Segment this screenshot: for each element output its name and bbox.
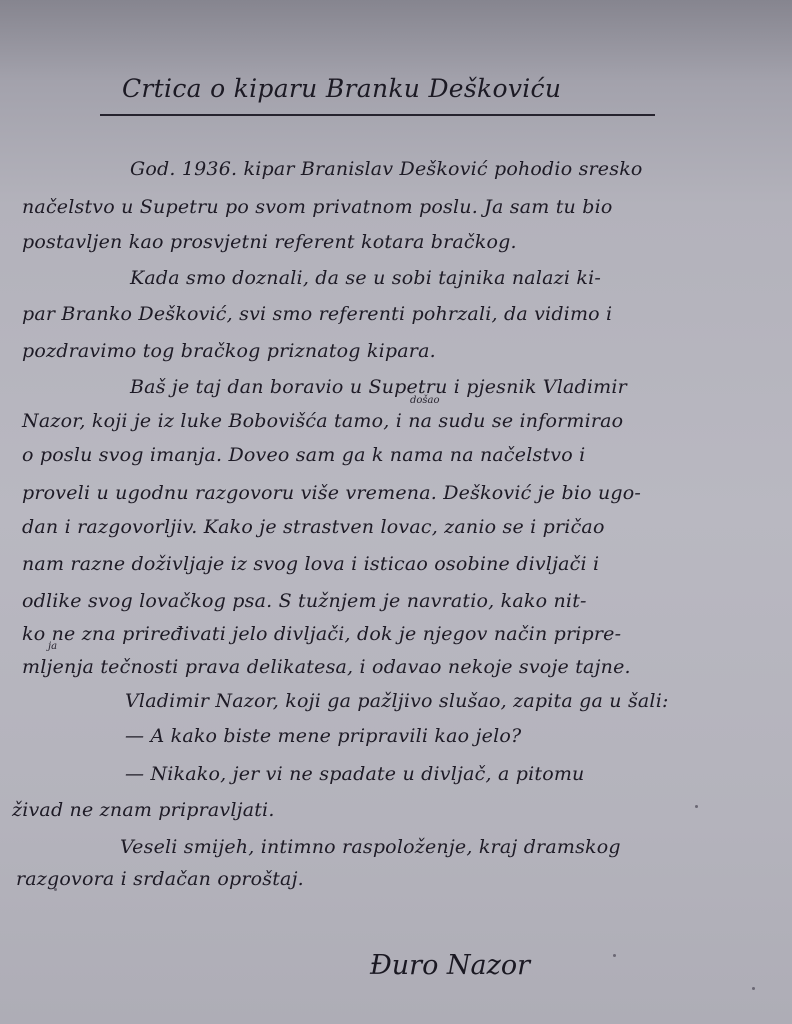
inserted-word: ja bbox=[48, 641, 57, 652]
title-underline bbox=[100, 114, 655, 116]
text-line: o poslu svog imanja. Doveo sam ga k nama… bbox=[22, 444, 585, 466]
text-line: Baš je taj dan boravio u Supetru i pjesn… bbox=[130, 376, 627, 398]
paper-speck bbox=[613, 954, 616, 957]
text-line: postavljen kao prosvjetni referent kotar… bbox=[22, 231, 517, 253]
text-line: pozdravimo tog bračkog priznatog kipara. bbox=[22, 340, 436, 362]
text-line: Vladimir Nazor, koji ga pažljivo slušao,… bbox=[125, 690, 669, 712]
dialogue-line: — Nikako, jer vi ne spadate u divljač, a… bbox=[125, 763, 585, 785]
text-line: God. 1936. kipar Branislav Dešković poho… bbox=[130, 158, 643, 180]
text-line: par Branko Dešković, svi smo referenti p… bbox=[22, 303, 612, 325]
dialogue-line: — A kako biste mene pripravili kao jelo? bbox=[125, 725, 521, 747]
text-line: ko ne zna priređivati jelo divljači, dok… bbox=[22, 623, 621, 645]
text-line: nam razne doživljaje iz svog lova i isti… bbox=[22, 553, 599, 575]
paper-speck bbox=[54, 888, 57, 891]
handwritten-page: Crtica o kiparu Branku Deškoviću God. 19… bbox=[0, 0, 792, 1024]
text-line: Kada smo doznali, da se u sobi tajnika n… bbox=[130, 267, 601, 289]
text-line: dan i razgovorljiv. Kako je strastven lo… bbox=[22, 516, 605, 538]
text-line: razgovora i srdačan oproštaj. bbox=[16, 868, 304, 890]
text-line: Nazor, koji je iz luke Bobovišća tamo, i… bbox=[22, 410, 623, 432]
text-line: proveli u ugodnu razgovoru više vremena.… bbox=[22, 482, 641, 504]
text-line: odlike svog lovačkog psa. S tužnjem je n… bbox=[22, 590, 587, 612]
document-title: Crtica o kiparu Branku Deškoviću bbox=[122, 74, 561, 103]
text-line: Veseli smijeh, intimno raspoloženje, kra… bbox=[120, 836, 621, 858]
paper-speck bbox=[752, 987, 755, 990]
paper-speck bbox=[695, 805, 698, 808]
text-line: načelstvo u Supetru po svom privatnom po… bbox=[22, 196, 612, 218]
inserted-word: došao bbox=[410, 395, 440, 406]
text-line: živad ne znam pripravljati. bbox=[12, 799, 275, 821]
text-line: mljenja tečnosti prava delikatesa, i oda… bbox=[22, 656, 631, 678]
signature: Đuro Nazor bbox=[370, 950, 530, 981]
